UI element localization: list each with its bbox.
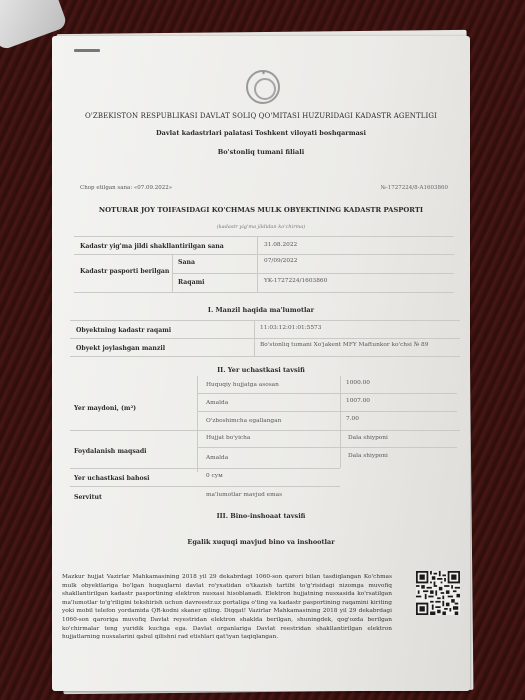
- section-3-title: III. Bino-inshoaat tavsifi: [52, 512, 470, 520]
- compiled-date-label: Kadastr yig'ma jildi shakllantirilgan sa…: [80, 243, 224, 250]
- purpose-actual-label: Amalda: [206, 455, 228, 461]
- department-name: Davlat kadastrlari palatasi Toshkent vil…: [52, 129, 470, 137]
- cadastre-number-value: 11:03:12:01:01:5573: [260, 325, 321, 331]
- servitude-label: Servitut: [74, 494, 102, 501]
- address-value: Bo'stonliq tumani Xo'jakent MFY Maftunko…: [260, 342, 428, 348]
- document-number: №-1727224/8-A1603860: [381, 185, 448, 191]
- section-1-title: I. Manzil haqida ma'lumotlar: [52, 306, 470, 314]
- purpose-actual-value: Dala shiyponi: [348, 453, 388, 459]
- area-unauthorized-label: O'zboshimcha egallangan: [206, 418, 281, 424]
- land-price-value: 0 сум: [206, 473, 223, 479]
- issue-date-value: 07/09/2022: [264, 258, 297, 264]
- issue-number-value: YK-1727224/1603860: [264, 278, 327, 284]
- area-legal-label: Huquqiy hujjatga asosan: [206, 382, 279, 388]
- section-2-title: II. Yer uchastkasi tavsifi: [52, 366, 470, 374]
- area-actual-label: Amalda: [206, 400, 228, 406]
- area-actual-value: 1007.00: [346, 398, 370, 404]
- qr-code-icon: [416, 571, 460, 615]
- purpose-document-value: Dala shiyponi: [348, 435, 388, 441]
- document-subtitle: (kadastr yig'ma jildidan ko'chirma): [52, 224, 470, 230]
- area-unauthorized-value: 7.00: [346, 416, 359, 422]
- land-price-label: Yer uchastkasi bahosi: [74, 475, 149, 482]
- issue-number-label: Raqami: [178, 279, 205, 286]
- servitude-value: ma'lumotlar mavjud emas: [206, 492, 282, 498]
- legal-note: Mazkur hujjat Vazirlar Mahkamasining 201…: [62, 573, 392, 642]
- usage-purpose-label: Foydalanish maqsadi: [74, 448, 147, 455]
- area-legal-value: 1000.00: [346, 380, 370, 386]
- cadastre-passport-document: ✶ O'ZBEKISTON RESPUBLIKASI DAVLAT SOLIQ …: [52, 36, 470, 691]
- state-emblem-icon: ✶: [246, 70, 280, 104]
- staple-icon: [74, 49, 100, 52]
- print-date: Chop etilgan sana: «07.09.2022»: [80, 185, 172, 191]
- section-3-subtitle: Egalik xuquqi mavjud bino va inshootlar: [52, 538, 470, 546]
- issued-label: Kadastr pasporti berilgan: [80, 268, 169, 275]
- document-title: NOTURAR JOY TOIFASIDAGI KO'CHMAS MULK OB…: [52, 206, 470, 214]
- purpose-document-label: Hujjat bo'yicha: [206, 435, 250, 441]
- compiled-date-value: 31.08.2022: [264, 242, 297, 248]
- land-area-label: Yer maydoni, (m²): [74, 405, 136, 412]
- address-label: Obyekt joylashgan manzil: [76, 345, 165, 352]
- issue-date-label: Sana: [178, 259, 195, 266]
- cadastre-number-label: Obyektning kadastr raqami: [76, 327, 171, 334]
- branch-name: Bo'stonliq tumani filiali: [52, 148, 470, 156]
- agency-name: O'ZBEKISTON RESPUBLIKASI DAVLAT SOLIQ QO…: [52, 112, 470, 120]
